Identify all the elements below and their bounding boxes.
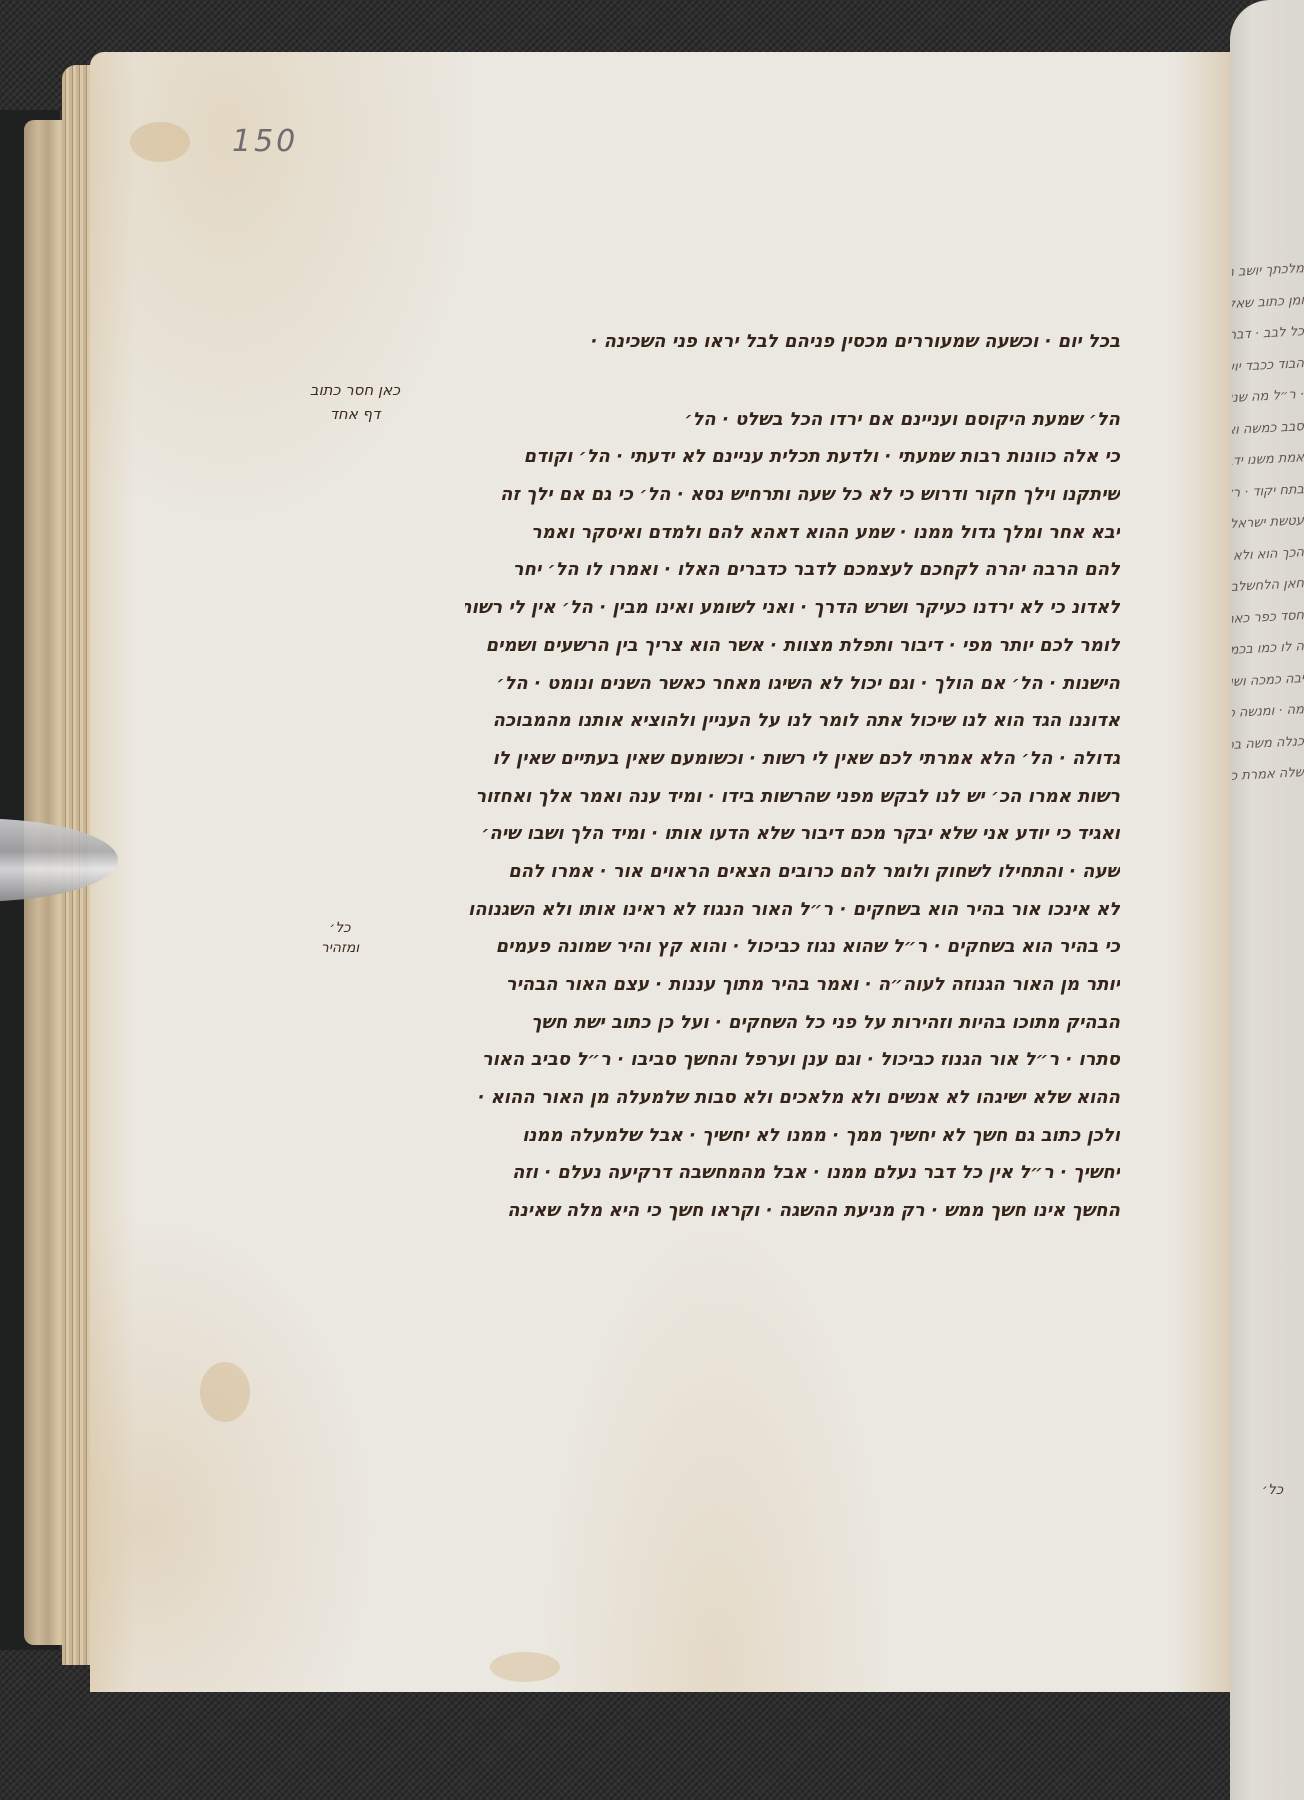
facing-line: ומן כתוב שאל מה <box>1232 285 1304 320</box>
facing-line: כנלה משה בכתב <box>1232 726 1304 761</box>
text-line: לומר לכם יותר מפי · דיבור ותפלת מצוות · … <box>465 627 1120 665</box>
text-line: כי אלה כוונות רבות שמעתי · ולדעת תכלית ע… <box>465 438 1120 476</box>
text-line: אדוננו הגד הוא לנו שיכול אתה לומר לנו על… <box>465 702 1120 740</box>
facing-line: מה · ומנשה כל <box>1232 694 1304 729</box>
foxing-stain <box>490 1652 560 1682</box>
marginal-note-line: כל׳ <box>300 918 380 938</box>
text-line: יחשיך · ר״ל אין כל דבר נעלם ממנו · אבל מ… <box>465 1154 1120 1192</box>
facing-line: חאן הלחשלב מ <box>1232 568 1304 603</box>
facing-line: עטשת ישראל ושנה <box>1232 505 1304 540</box>
main-text-block: בכל יום · וכשעה שמעוררים מכסין פניהם לבל… <box>465 323 1120 1230</box>
folio-number: 150 <box>232 124 298 159</box>
foxing-stain <box>130 122 190 162</box>
marginal-note-missing-leaf: כאן חסר כתוב דף אחד <box>300 378 410 426</box>
text-line: יותר מן האור הגנוזה לעוה״ה · ואמר בהיר מ… <box>465 966 1120 1004</box>
marginal-note-line: ומזהיר <box>300 938 380 958</box>
text-line: שיתקנו וילך חקור ודרוש כי לא כל שעה ותרח… <box>465 476 1120 514</box>
text-line: סתרו · ר״ל אור הגנוז כביכול · וגם ענן וע… <box>465 1041 1120 1079</box>
facing-line: אמת משנו ידבר <box>1232 442 1304 477</box>
facing-line: יבה כמכה ושו <box>1232 663 1304 698</box>
facing-line: כל לבב · דבר עלי <box>1232 316 1304 351</box>
text-line: ואגיד כי יודע אני שלא יבקר מכם דיבור שלא… <box>465 815 1120 853</box>
facing-page-text: מלכתך יושב המשפט ומן כתוב שאל מה כל לבב … <box>1232 253 1304 792</box>
facing-line: סבב כמשה ואנה <box>1232 411 1304 446</box>
facing-line: מלכתך יושב המשפט <box>1232 253 1304 288</box>
text-line: ההוא שלא ישיגהו לא אנשים ולא מלאכים ולא … <box>465 1079 1120 1117</box>
text-line: יבא אחר ומלך גדול ממנו · שמע ההוא דאהא ל… <box>465 514 1120 552</box>
heading-line: בכל יום · וכשעה שמעוררים מכסין פניהם לבל… <box>465 323 1120 361</box>
text-line: שעה · והתחילו לשחוק ולומר להם כרובים הצא… <box>465 853 1120 891</box>
text-line: הישנות · הל׳ אם הולך · וגם יכול לא השיגו… <box>465 665 1120 703</box>
facing-line: בתח יקוד · רק שלו <box>1232 474 1304 509</box>
text-line: כי בהיר הוא בשחקים · ר״ל שהוא נגוז כביכו… <box>465 928 1120 966</box>
text-line: לא אינכו אור בהיר הוא בשחקים · ר״ל האור … <box>465 891 1120 929</box>
text-line: החשך אינו חשך ממש · רק מניעת ההשגה · וקר… <box>465 1192 1120 1230</box>
marginal-note-variant: כל׳ ומזהיר <box>300 918 380 958</box>
text-line: ולכן כתוב גם חשך לא יחשיך ממך · ממנו לא … <box>465 1117 1120 1155</box>
facing-line: ה לו כמו בכמן <box>1232 631 1304 666</box>
facing-line: הכך הוא ולא <box>1232 537 1304 572</box>
catchword: כל׳ <box>1262 1482 1283 1498</box>
facing-line: הבוד ככבד יועץ <box>1232 348 1304 383</box>
text-line: הל׳ שמעת היקוסם ועניינם אם ירדו הכל בשלט… <box>465 401 1120 439</box>
facing-line: · ר״ל מה שנעלה <box>1232 379 1304 414</box>
foxing-stain <box>200 1362 250 1422</box>
facing-line: שלה אמרת ככ <box>1232 757 1304 792</box>
facing-line: חסד כפר כאנו <box>1232 600 1304 635</box>
text-line: הבהיק מתוכו בהיות וזהירות על פני כל השחק… <box>465 1004 1120 1042</box>
marginal-note-line: כאן חסר כתוב <box>300 378 410 402</box>
marginal-note-line: דף אחד <box>300 402 410 426</box>
text-line: רשות אמרו הכ׳ יש לנו לבקש מפני שהרשות בי… <box>465 778 1120 816</box>
text-line: להם הרבה יהרה לקחכם לעצמכם לדבר כדברים ה… <box>465 551 1120 589</box>
text-line: גדולה · הל׳ הלא אמרתי לכם שאין לי רשות ·… <box>465 740 1120 778</box>
text-line: לאדונ כי לא ירדנו כעיקר ושרש הדרך · ואני… <box>465 589 1120 627</box>
